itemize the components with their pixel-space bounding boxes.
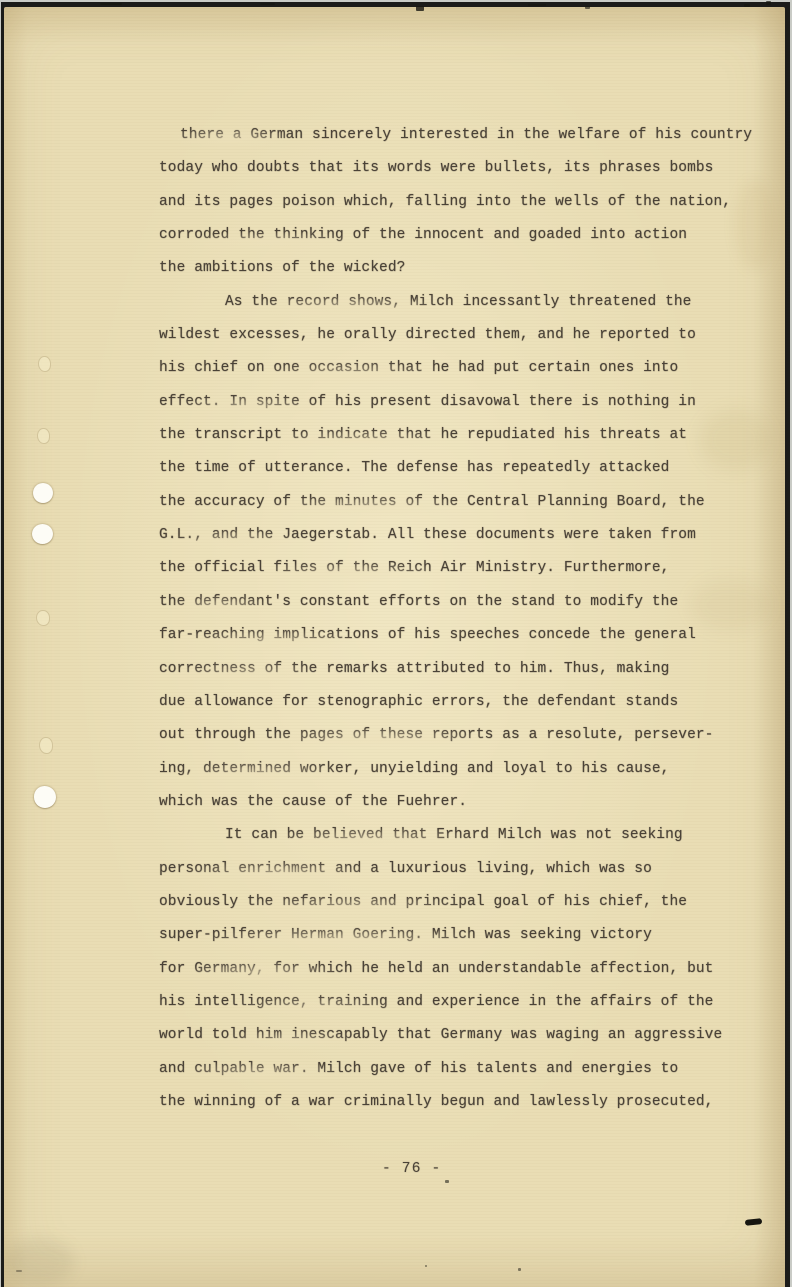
text-line: personal enrichment and a luxurious livi… (159, 853, 769, 886)
scan-speck (766, 1, 771, 5)
embossed-hole-mark (36, 610, 50, 626)
text-line: corroded the thinking of the innocent an… (159, 219, 769, 252)
text-line: the ambitions of the wicked? (159, 252, 769, 285)
text-line: As the record shows, Milch incessantly t… (159, 286, 769, 319)
text-line: the defendant's constant efforts on the … (159, 586, 769, 619)
text-line: out through the pages of these reports a… (159, 719, 769, 752)
embossed-hole-mark (37, 428, 50, 444)
text-line: for Germany, for which he held an unders… (159, 953, 769, 986)
text-line: the winning of a war criminally begun an… (159, 1086, 769, 1119)
text-line: due allowance for stenographic errors, t… (159, 686, 769, 719)
scan-speck (445, 1180, 449, 1183)
embossed-hole-mark (38, 356, 51, 372)
text-line: world told him inescapably that Germany … (159, 1019, 769, 1052)
scan-speck (585, 6, 590, 9)
scan-speck (425, 1265, 427, 1267)
paper-page: there a German sincerely interested in t… (4, 7, 785, 1287)
scan-speck (518, 1268, 521, 1271)
text-line: the transcript to indicate that he repud… (159, 419, 769, 452)
text-body: there a German sincerely interested in t… (159, 119, 769, 1119)
embossed-hole-mark (39, 737, 53, 754)
text-line: the time of utterance. The defense has r… (159, 452, 769, 485)
text-line: effect. In spite of his present disavowa… (159, 386, 769, 419)
scanned-document: there a German sincerely interested in t… (0, 0, 792, 1287)
scan-speck (744, 4, 750, 7)
page-number: - 76 - (382, 1161, 441, 1177)
text-line: the official files of the Reich Air Mini… (159, 552, 769, 585)
text-line: super-pilferer Herman Goering. Milch was… (159, 919, 769, 952)
scan-speck (260, 3, 275, 5)
text-line: the accuracy of the minutes of the Centr… (159, 486, 769, 519)
scan-speck (100, 3, 122, 5)
text-line: there a German sincerely interested in t… (159, 119, 769, 152)
text-line: far-reaching implications of his speeche… (159, 619, 769, 652)
text-line: his chief on one occasion that he had pu… (159, 352, 769, 385)
text-line: today who doubts that its words were bul… (159, 152, 769, 185)
text-line: G.L., and the Jaegerstab. All these docu… (159, 519, 769, 552)
text-line: wildest excesses, he orally directed the… (159, 319, 769, 352)
scan-speck (416, 6, 424, 11)
text-line: and culpable war. Milch gave of his tale… (159, 1053, 769, 1086)
text-line: obviously the nefarious and principal go… (159, 886, 769, 919)
text-line: and its pages poison which, falling into… (159, 186, 769, 219)
punch-hole (34, 786, 56, 808)
text-line: his intelligence, training and experienc… (159, 986, 769, 1019)
text-line: It can be believed that Erhard Milch was… (159, 819, 769, 852)
text-line: ing, determined worker, unyielding and l… (159, 753, 769, 786)
text-line: correctness of the remarks attributed to… (159, 653, 769, 686)
scan-speck (16, 1270, 22, 1272)
text-line: which was the cause of the Fuehrer. (159, 786, 769, 819)
punch-hole (33, 483, 53, 503)
punch-hole (32, 524, 53, 544)
scan-speck (528, 4, 546, 6)
